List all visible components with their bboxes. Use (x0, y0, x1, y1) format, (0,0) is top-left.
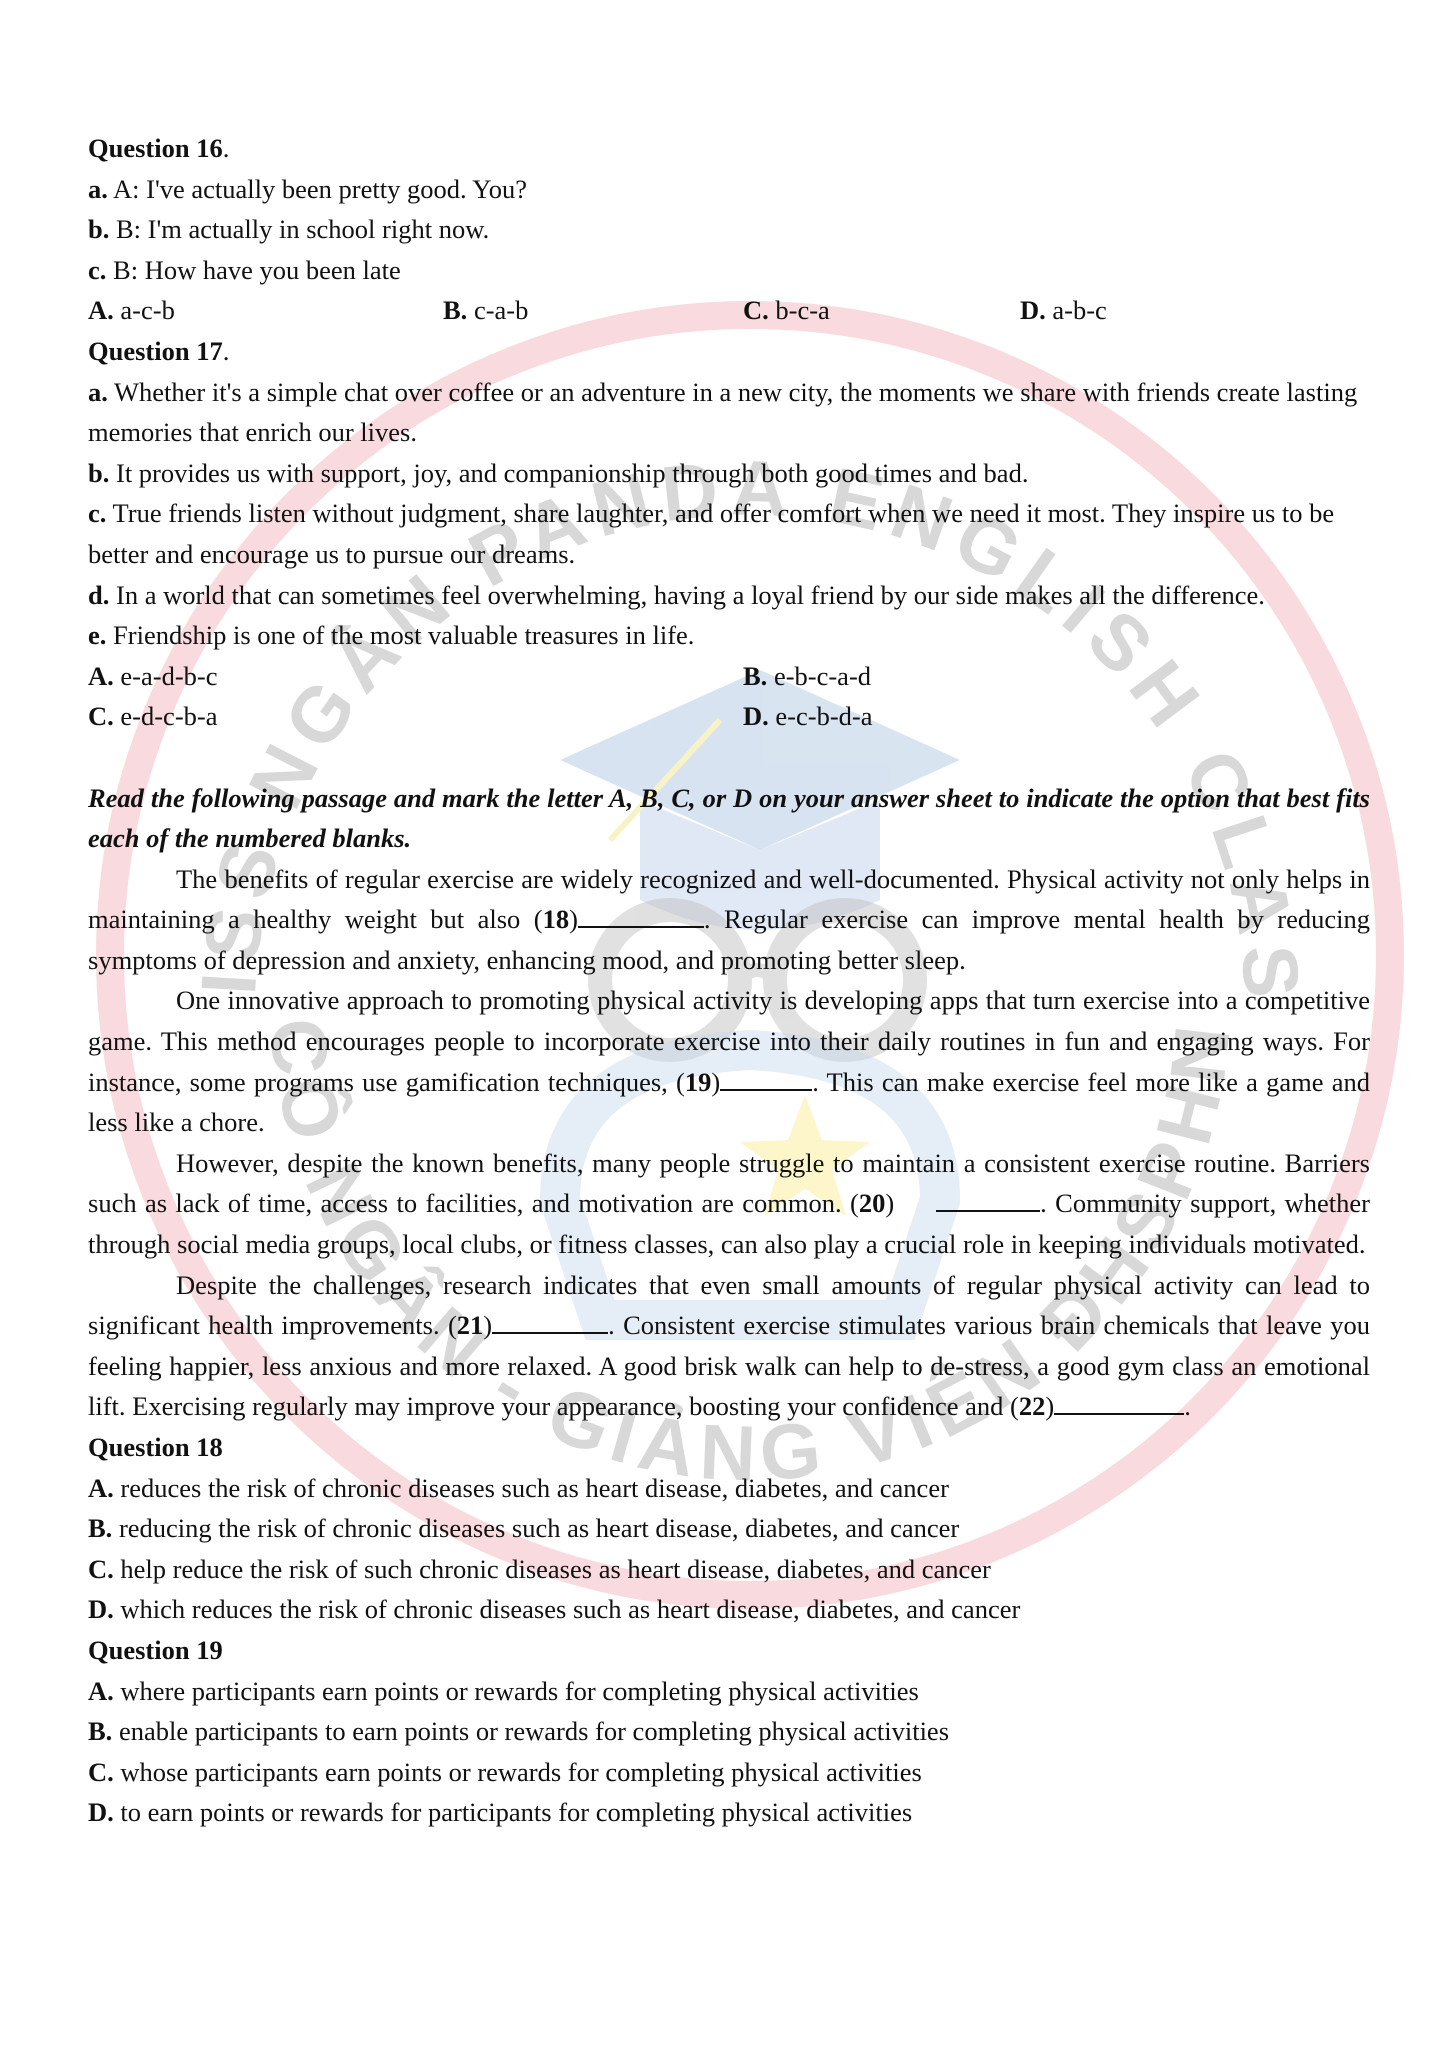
paren: ) (483, 1310, 492, 1340)
q19-option-c[interactable]: C. whose participants earn points or rew… (88, 1752, 1370, 1793)
option-text: e-c-b-d-a (769, 701, 873, 731)
blank-21 (492, 1310, 608, 1334)
reading-passage: The benefits of regular exercise are wid… (88, 859, 1370, 1427)
question-18: Question 18 A. reduces the risk of chron… (88, 1427, 1370, 1630)
q18-option-d[interactable]: D. which reduces the risk of chronic dis… (88, 1589, 1370, 1630)
q18-option-b[interactable]: B. reducing the risk of chronic diseases… (88, 1508, 1370, 1549)
option-text: a-b-c (1046, 295, 1107, 325)
option-text: e-b-c-a-d (767, 661, 871, 691)
option-label: A. (88, 295, 114, 325)
option-label: D. (88, 1594, 114, 1624)
option-text: to earn points or rewards for participan… (114, 1797, 912, 1827)
q17-options-row-1: A. e-a-d-b-c B. e-b-c-a-d (88, 656, 1370, 697)
q16-option-d[interactable]: D. a-b-c (1020, 290, 1107, 331)
q17-item-b: b. It provides us with support, joy, and… (88, 453, 1370, 494)
paren: ) (885, 1188, 894, 1218)
q17-item-e: e. Friendship is one of the most valuabl… (88, 615, 1370, 656)
question-16-title: Question 16 (88, 133, 223, 163)
item-label: b. (88, 214, 109, 244)
blank-number-22: 22 (1019, 1391, 1046, 1421)
q16-options: A. a-c-b B. c-a-b C. b-c-a D. a-b-c (88, 290, 1370, 331)
q16-option-a[interactable]: A. a-c-b (88, 290, 443, 331)
option-label: D. (1020, 295, 1046, 325)
option-text: enable participants to earn points or re… (112, 1716, 949, 1746)
q18-option-c[interactable]: C. help reduce the risk of such chronic … (88, 1549, 1370, 1590)
item-label: a. (88, 377, 108, 407)
question-19-title: Question 19 (88, 1630, 1370, 1671)
blank-22 (1054, 1391, 1184, 1415)
item-text: In a world that can sometimes feel overw… (109, 580, 1265, 610)
option-text: reduces the risk of chronic diseases suc… (114, 1473, 949, 1503)
q17-item-d: d. In a world that can sometimes feel ov… (88, 575, 1370, 616)
blank-19 (720, 1067, 812, 1091)
passage-paragraph-1: The benefits of regular exercise are wid… (88, 859, 1370, 981)
item-text: It provides us with support, joy, and co… (109, 458, 1028, 488)
blank-18 (578, 904, 704, 928)
option-label: A. (88, 661, 114, 691)
option-label: B. (443, 295, 467, 325)
option-label: C. (88, 701, 114, 731)
option-text: b-c-a (769, 295, 830, 325)
option-label: C. (743, 295, 769, 325)
option-label: C. (88, 1757, 114, 1787)
title-period: . (223, 133, 230, 163)
option-text: e-d-c-b-a (114, 701, 218, 731)
option-text: whose participants earn points or reward… (114, 1757, 922, 1787)
q16-option-c[interactable]: C. b-c-a (743, 290, 1020, 331)
q19-option-d[interactable]: D. to earn points or rewards for partici… (88, 1792, 1370, 1833)
option-label: C. (88, 1554, 114, 1584)
paren: ) (711, 1067, 720, 1097)
item-text: B: How have you been late (106, 255, 400, 285)
option-label: D. (743, 701, 769, 731)
item-text: B: I'm actually in school right now. (109, 214, 489, 244)
item-label: c. (88, 498, 106, 528)
blank-number-21: 21 (457, 1310, 484, 1340)
blank-number-20: 20 (859, 1188, 886, 1218)
option-label: A. (88, 1473, 114, 1503)
option-text: a-c-b (114, 295, 175, 325)
exam-page: MISS NGÂN PANDA ENGLISH CLASS CÔ NGÂN - … (0, 0, 1447, 2048)
item-label: d. (88, 580, 109, 610)
paren: ) (569, 904, 578, 934)
question-16: Question 16. a. A: I've actually been pr… (88, 128, 1370, 331)
item-label: e. (88, 620, 106, 650)
paragraph-text: . (1184, 1391, 1191, 1421)
item-label: a. (88, 174, 108, 204)
option-text: help reduce the risk of such chronic dis… (114, 1554, 991, 1584)
q17-option-a[interactable]: A. e-a-d-b-c (88, 656, 743, 697)
question-17: Question 17. a. Whether it's a simple ch… (88, 331, 1370, 737)
q17-item-a: a. Whether it's a simple chat over coffe… (88, 372, 1370, 453)
q16-option-b[interactable]: B. c-a-b (443, 290, 743, 331)
option-text: c-a-b (467, 295, 528, 325)
blank-number-18: 18 (543, 904, 570, 934)
item-label: c. (88, 255, 106, 285)
q17-option-c[interactable]: C. e-d-c-b-a (88, 696, 743, 737)
q17-options-row-2: C. e-d-c-b-a D. e-c-b-d-a (88, 696, 1370, 737)
option-label: B. (743, 661, 767, 691)
exam-content: Question 16. a. A: I've actually been pr… (88, 128, 1370, 1833)
q17-option-b[interactable]: B. e-b-c-a-d (743, 656, 871, 697)
option-label: A. (88, 1676, 114, 1706)
q17-option-d[interactable]: D. e-c-b-d-a (743, 696, 872, 737)
option-label: B. (88, 1513, 112, 1543)
blank-number-19: 19 (685, 1067, 712, 1097)
q16-item-c: c. B: How have you been late (88, 250, 1370, 291)
passage-paragraph-2: One innovative approach to promoting phy… (88, 980, 1370, 1142)
spacer (88, 737, 1370, 778)
q18-option-a[interactable]: A. reduces the risk of chronic diseases … (88, 1468, 1370, 1509)
q16-item-a: a. A: I've actually been pretty good. Yo… (88, 169, 1370, 210)
item-text: Friendship is one of the most valuable t… (106, 620, 694, 650)
title-period: . (223, 336, 230, 366)
option-text: e-a-d-b-c (114, 661, 218, 691)
item-text: A: I've actually been pretty good. You? (108, 174, 527, 204)
passage-instruction: Read the following passage and mark the … (88, 778, 1370, 859)
question-18-title: Question 18 (88, 1427, 1370, 1468)
option-text: reducing the risk of chronic diseases su… (112, 1513, 959, 1543)
option-text: which reduces the risk of chronic diseas… (114, 1594, 1021, 1624)
item-text: True friends listen without judgment, sh… (88, 498, 1334, 569)
question-17-title: Question 17 (88, 336, 223, 366)
q19-option-b[interactable]: B. enable participants to earn points or… (88, 1711, 1370, 1752)
option-label: B. (88, 1716, 112, 1746)
passage-paragraph-4: Despite the challenges, research indicat… (88, 1265, 1370, 1427)
paren: ) (1045, 1391, 1054, 1421)
item-text: Whether it's a simple chat over coffee o… (88, 377, 1357, 448)
item-label: b. (88, 458, 109, 488)
option-text: where participants earn points or reward… (114, 1676, 919, 1706)
question-19: Question 19 A. where participants earn p… (88, 1630, 1370, 1833)
option-label: D. (88, 1797, 114, 1827)
blank-20 (936, 1188, 1040, 1212)
q16-item-b: b. B: I'm actually in school right now. (88, 209, 1370, 250)
q17-item-c: c. True friends listen without judgment,… (88, 493, 1370, 574)
q19-option-a[interactable]: A. where participants earn points or rew… (88, 1671, 1370, 1712)
passage-paragraph-3: However, despite the known benefits, man… (88, 1143, 1370, 1265)
